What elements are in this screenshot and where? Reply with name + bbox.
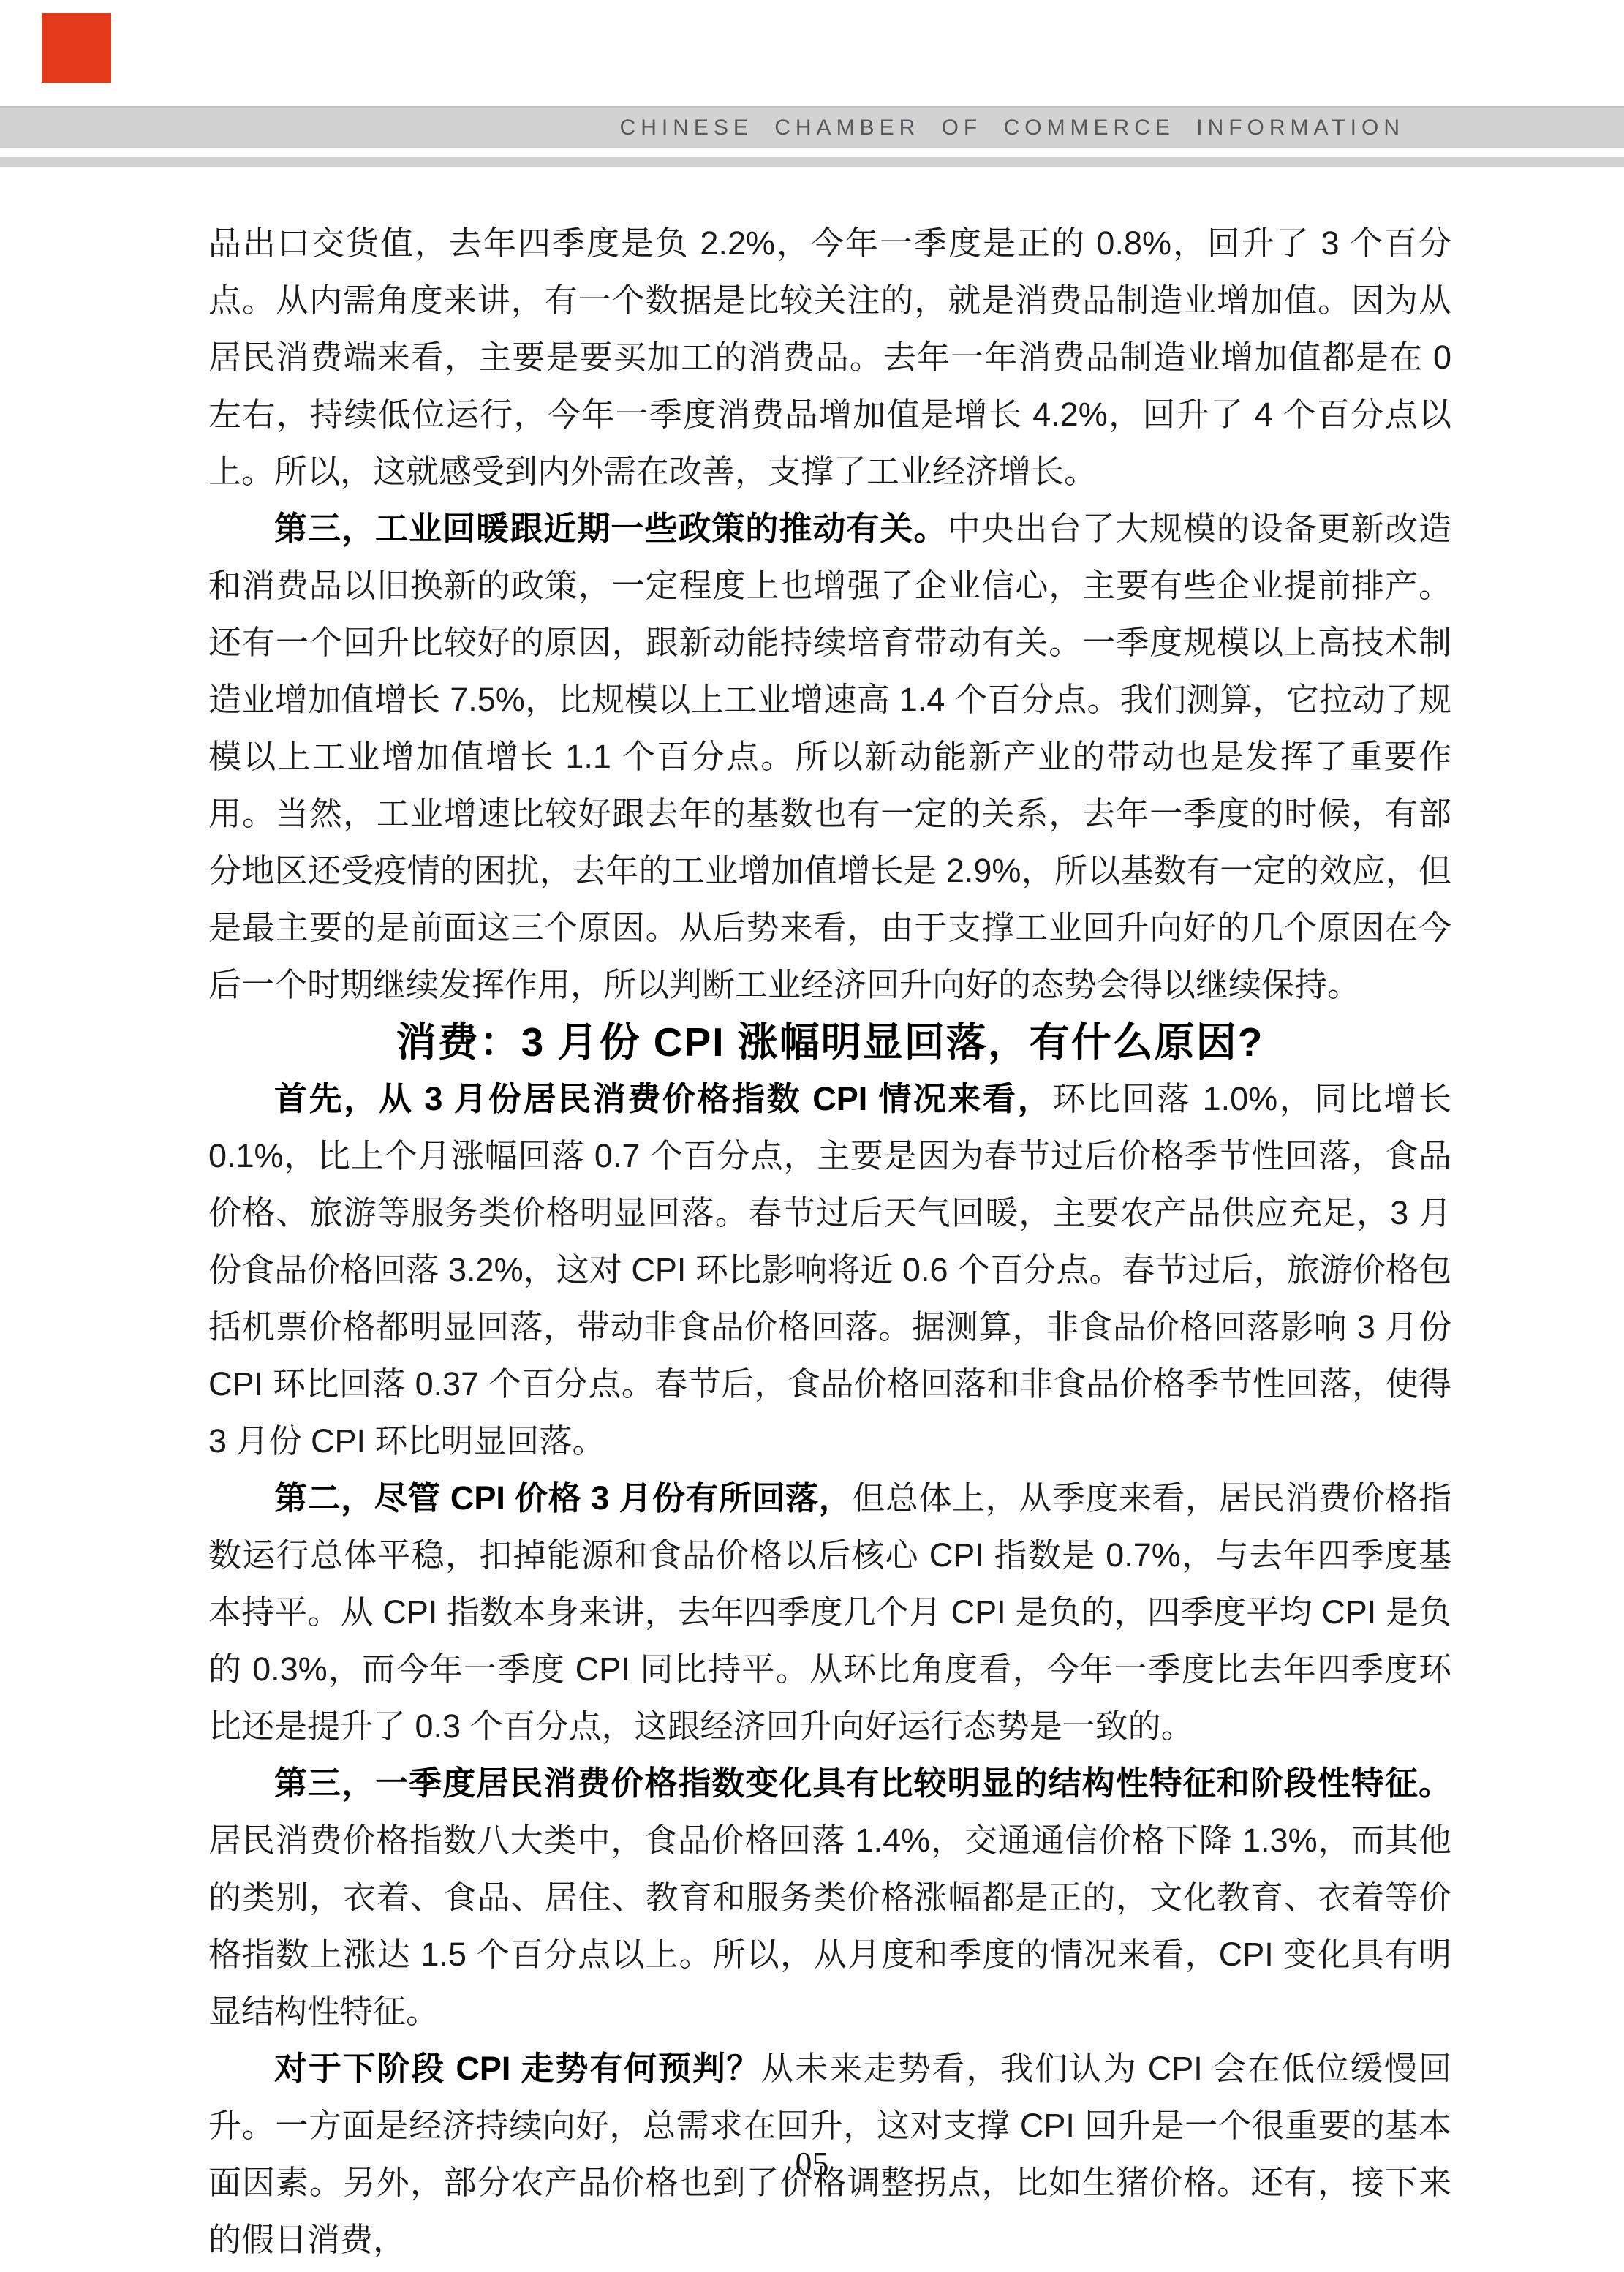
paragraph-lead-bold: 对于下阶段 CPI 走势有何预判？ (274, 2050, 760, 2087)
paragraph: 首先，从 3 月份居民消费价格指数 CPI 情况来看，环比回落 1.0%，同比增… (208, 1071, 1451, 1470)
paragraph-lead-bold: 第三，工业回暖跟近期一些政策的推动有关。 (274, 510, 948, 547)
paragraph: 第三，一季度居民消费价格指数变化具有比较明显的结构性特征和阶段性特征。居民消费价… (208, 1755, 1451, 2040)
page-number: 05 (0, 2144, 1624, 2183)
red-corner-mark (42, 13, 111, 83)
section-heading: 消费：3 月份 CPI 涨幅明显回落，有什么原因? (208, 1014, 1451, 1071)
paragraph-lead-bold: 首先，从 3 月份居民消费价格指数 CPI 情况来看， (274, 1080, 1052, 1117)
paragraph: 第三，工业回暖跟近期一些政策的推动有关。中央出台了大规模的设备更新改造和消费品以… (208, 500, 1451, 1014)
header-band: CHINESE CHAMBER OF COMMERCE INFORMATION (0, 106, 1624, 148)
paragraph-lead-bold: 第三，一季度居民消费价格指数变化具有比较明显的结构性特征和阶段性特征。 (274, 1765, 1451, 1802)
header-rule (0, 157, 1624, 167)
header-band-title: CHINESE CHAMBER OF COMMERCE INFORMATION (620, 116, 1624, 140)
paragraph: 第二，尽管 CPI 价格 3 月份有所回落，但总体上，从季度来看，居民消费价格指… (208, 1470, 1451, 1755)
article-body: 品出口交货值，去年四季度是负 2.2%，今年一季度是正的 0.8%，回升了 3 … (208, 215, 1451, 2268)
paragraph-lead-bold: 第二，尽管 CPI 价格 3 月份有所回落， (274, 1479, 852, 1517)
document-page: CHINESE CHAMBER OF COMMERCE INFORMATION … (0, 0, 1624, 2272)
paragraph: 品出口交货值，去年四季度是负 2.2%，今年一季度是正的 0.8%，回升了 3 … (208, 215, 1451, 500)
